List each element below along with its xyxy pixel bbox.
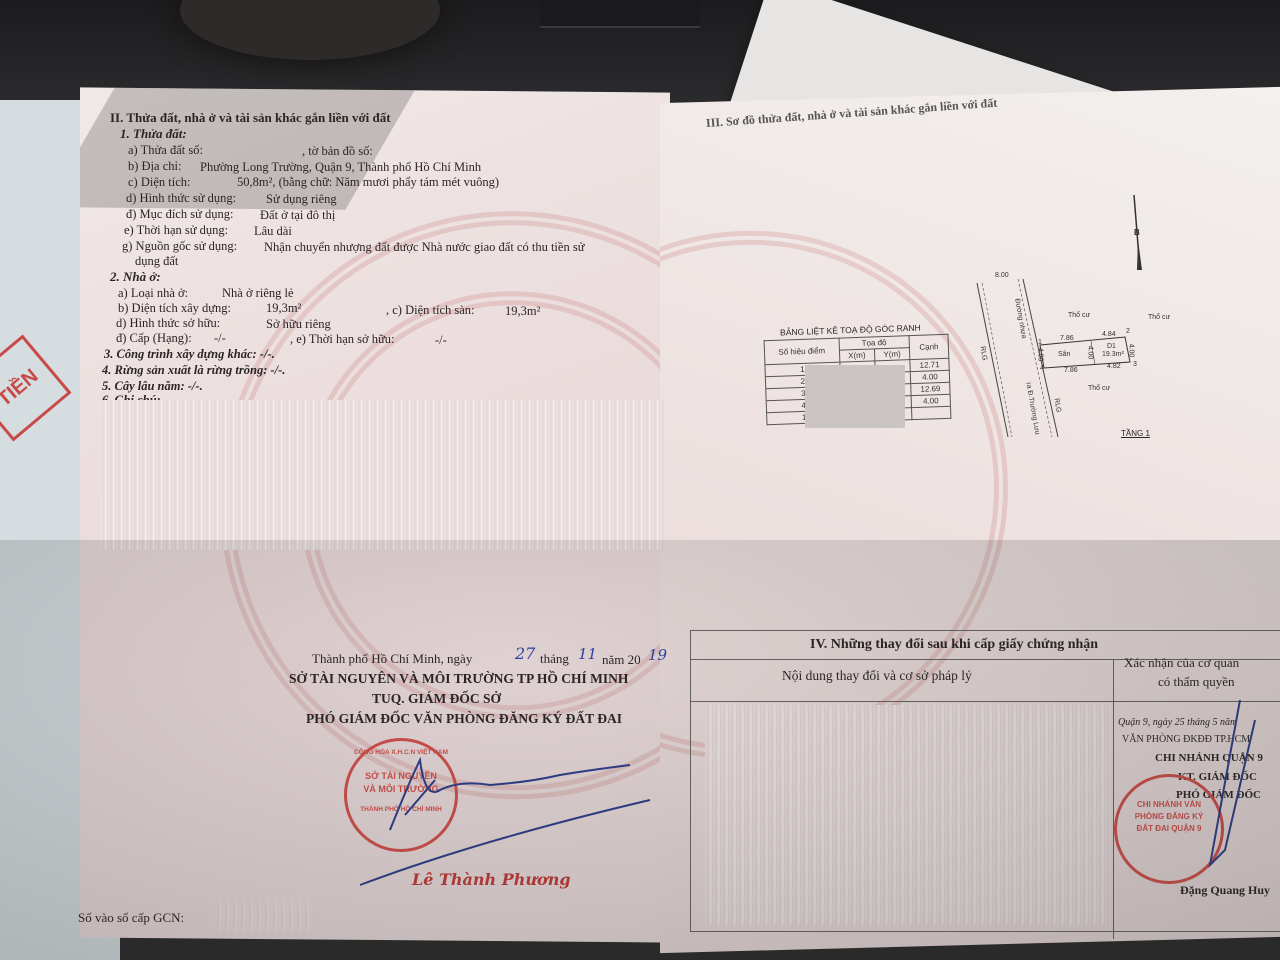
changes-col-content: Nội dung thay đổi và cơ sở pháp lý: [782, 668, 972, 684]
confirm-signature-icon: [1180, 700, 1280, 880]
house-grade: -/-: [214, 330, 226, 346]
land-b-label: b) Địa chỉ:: [128, 158, 181, 174]
changes-col-confirm-2: có thẩm quyền: [1158, 674, 1235, 690]
signer-name: Lê Thành Phương: [412, 872, 571, 888]
section-ii-title: II. Thửa đất, nhà ở và tài sản khác gắn …: [110, 110, 391, 126]
neighbor-bottom: Thổ cư: [1088, 385, 1110, 392]
signature-icon: [330, 740, 660, 890]
house-dd-label: đ) Cấp (Hạng):: [116, 330, 192, 346]
land-address: Phường Long Trường, Quận 9, Thành phố Hồ…: [200, 159, 481, 175]
redacted-registry-number: [215, 898, 315, 932]
point-3: 3: [1133, 361, 1137, 368]
land-area: 50,8m², (bằng chữ: Năm mươi phẩy tám mét…: [237, 174, 499, 190]
authority-line-1: SỞ TÀI NGUYÊN VÀ MÔI TRƯỜNG TP HỒ CHÍ MI…: [289, 671, 628, 687]
house-floor-area: 19,3m²: [505, 303, 540, 319]
land-e-label: e) Thời hạn sử dụng:: [124, 222, 228, 238]
house-d-label: d) Hình thức sở hữu:: [116, 315, 220, 331]
issue-year: 19: [648, 646, 667, 664]
rlg-right: RLG: [1053, 398, 1062, 413]
dim-side-left: 4.00: [1036, 348, 1043, 362]
land-c-label: c) Diện tích:: [128, 174, 190, 190]
background-keyboard: [540, 0, 700, 28]
changes-col-confirm-1: Xác nhận của cơ quan: [1124, 655, 1239, 671]
issue-date-prefix: Thành phố Hồ Chí Minh, ngày: [312, 651, 472, 667]
item-4: 4. Rừng sản xuất là rừng trồng: -/-.: [102, 362, 285, 378]
land-dd-label: đ) Mục đích sử dụng:: [126, 206, 233, 222]
issue-month: 11: [578, 645, 597, 663]
house-build-area: 19,3m²: [266, 300, 301, 316]
building-area: 19.3m²: [1102, 351, 1124, 358]
side-stamp-text: TIỀN: [0, 365, 43, 412]
col-edge: Cạnh: [909, 334, 949, 359]
building-label: D1: [1107, 343, 1116, 350]
neighbor-right: Thổ cư: [1148, 314, 1170, 321]
changes-title: IV. Những thay đổi sau khi cấp giấy chứn…: [810, 637, 1098, 653]
authority-line-2: TUQ. GIÁM ĐỐC SỞ: [372, 691, 501, 707]
house-heading: 2. Nhà ở:: [110, 269, 161, 285]
dim-bottom-right: 4.82: [1107, 363, 1121, 370]
house-e-label: , e) Thời hạn sở hữu:: [290, 331, 394, 347]
land-g-label: g) Nguồn gốc sử dụng:: [122, 238, 237, 254]
point-1: 1: [1038, 339, 1042, 346]
floor-label: TẦNG 1: [1121, 426, 1150, 442]
confirm-signer: Đặng Quang Huy: [1180, 882, 1270, 898]
house-term: -/-: [435, 332, 447, 348]
dim-side-right: 4.00: [1127, 344, 1134, 358]
point-2: 2: [1126, 328, 1130, 335]
issue-month-label: tháng: [540, 651, 569, 667]
dim-bottom-left: 7.86: [1064, 367, 1078, 374]
redacted-coordinates: [805, 365, 905, 428]
land-d-label: d) Hình thức sử dụng:: [126, 190, 236, 206]
road-direction: ra Đ.Trường Lưu: [1024, 382, 1040, 435]
north-label: B: [1134, 225, 1140, 241]
land-origin-1: Nhận chuyển nhượng đất được Nhà nước gia…: [264, 239, 584, 255]
land-heading: 1. Thửa đất:: [120, 126, 187, 142]
redacted-notes: [100, 400, 665, 550]
authority-line-3: PHÓ GIÁM ĐỐC VĂN PHÒNG ĐĂNG KÝ ĐẤT ĐAI: [306, 711, 622, 727]
yard-label: Sân: [1058, 351, 1070, 358]
point-4: 4: [1040, 365, 1044, 372]
house-b-label: b) Diện tích xây dựng:: [118, 300, 231, 316]
house-c-label: , c) Diện tích sàn:: [386, 302, 475, 318]
rlg-left: RLG: [979, 346, 988, 361]
registry-label: Số vào sổ cấp GCN:: [78, 910, 184, 926]
land-a-label: a) Thửa đất số:: [128, 142, 203, 158]
road-name: Đường nhựa: [1013, 298, 1027, 339]
land-origin-2: dụng đất: [135, 253, 178, 269]
site-plan-labels: 8.00 Đường nhựa ra Đ.Trường Lưu RLG RLG …: [960, 265, 1160, 445]
issue-year-label: năm 20: [602, 652, 641, 668]
neighbor-top: Thổ cư: [1068, 312, 1090, 319]
divider: [1113, 659, 1114, 939]
house-type: Nhà ở riêng lẻ: [222, 285, 294, 301]
land-purpose: Đất ở tại đô thị: [260, 207, 335, 223]
house-ownership: Sở hữu riêng: [266, 316, 331, 332]
redacted-change-content: [705, 705, 1110, 925]
issue-day: 27: [515, 644, 535, 663]
land-a-map-label: , tờ bản đồ số:: [302, 143, 373, 159]
dim-top-left: 7.86: [1060, 335, 1074, 342]
item-3: 3. Công trình xây dựng khác: -/-.: [104, 346, 275, 362]
land-usage-form: Sử dụng riêng: [266, 191, 337, 207]
dim-top-right: 4.84: [1102, 331, 1116, 338]
house-a-label: a) Loại nhà ở:: [118, 285, 188, 301]
col-point: Số hiệu điểm: [764, 338, 839, 365]
land-term: Lâu dài: [254, 223, 292, 239]
dim-inner: 4.00: [1086, 346, 1093, 360]
road-width: 8.00: [995, 272, 1009, 279]
